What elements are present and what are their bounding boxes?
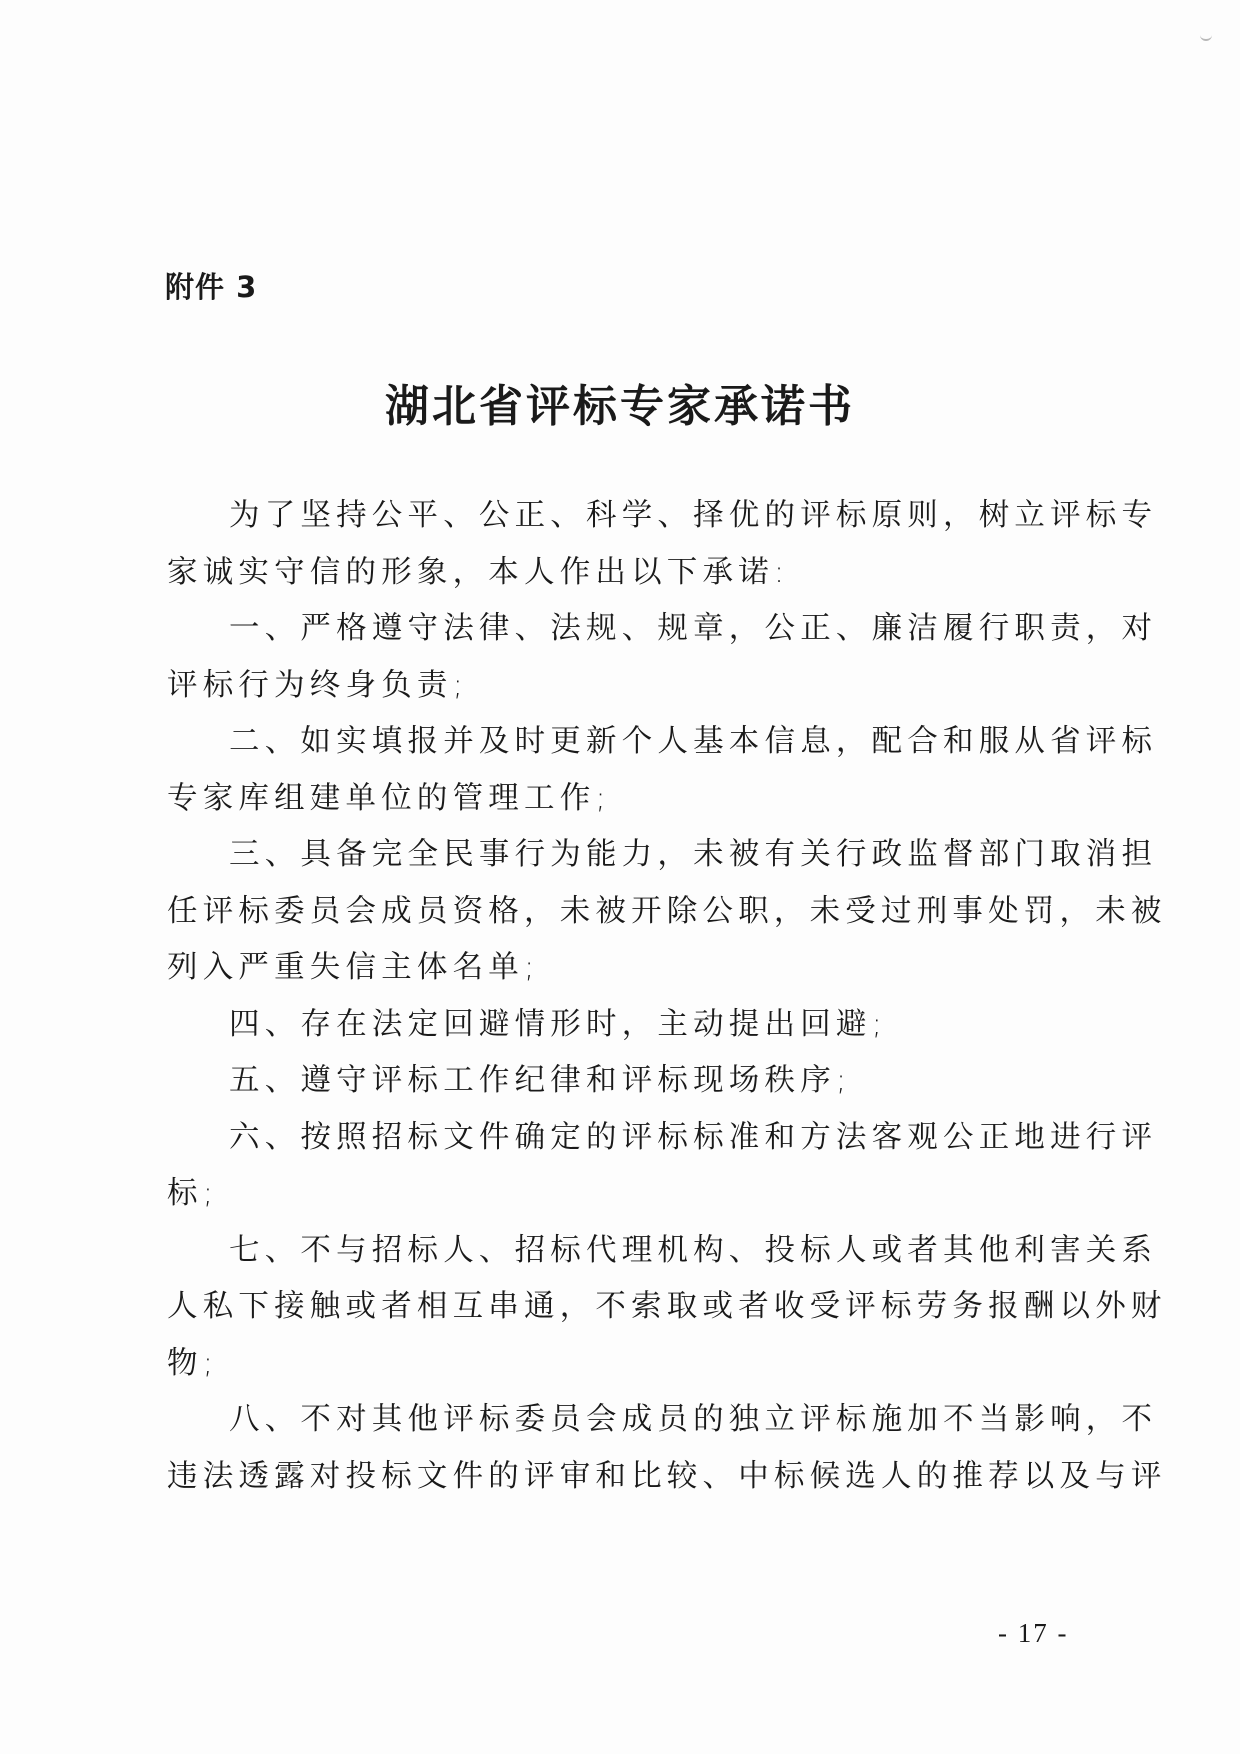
body-line: 四、存在法定回避情形时，主动提出回避;: [167, 997, 1087, 1054]
body-line: 七、不与招标人、招标代理机构、投标人或者其他利害关系: [167, 1223, 1087, 1280]
body-line: 人私下接触或者相互串通，不索取或者收受评标劳务报酬以外财: [167, 1279, 1087, 1336]
body-line: 物;: [167, 1336, 1087, 1393]
body-line: 评标行为终身负责;: [167, 658, 1087, 715]
attachment-label: 附件 3: [165, 265, 257, 306]
page-number: - 17 -: [998, 1618, 1068, 1649]
body-line: 家诚实守信的形象，本人作出以下承诺:: [167, 545, 1087, 602]
document-body: 为了坚持公平、公正、科学、择优的评标原则，树立评标专 家诚实守信的形象，本人作出…: [167, 488, 1087, 1505]
body-line: 列入严重失信主体名单;: [167, 940, 1087, 997]
scan-artifact-mark: [1200, 34, 1212, 41]
document-title: 湖北省评标专家承诺书: [0, 370, 1240, 434]
body-line: 违法透露对投标文件的评审和比较、中标候选人的推荐以及与评: [167, 1449, 1087, 1506]
body-line: 八、不对其他评标委员会成员的独立评标施加不当影响，不: [167, 1392, 1087, 1449]
body-line: 五、遵守评标工作纪律和评标现场秩序;: [167, 1053, 1087, 1110]
body-line: 专家库组建单位的管理工作;: [167, 771, 1087, 828]
body-line: 标;: [167, 1166, 1087, 1223]
body-line: 三、具备完全民事行为能力，未被有关行政监督部门取消担: [167, 827, 1087, 884]
body-line: 六、按照招标文件确定的评标标准和方法客观公正地进行评: [167, 1110, 1087, 1167]
body-line: 二、如实填报并及时更新个人基本信息，配合和服从省评标: [167, 714, 1087, 771]
document-page: 附件 3 湖北省评标专家承诺书 为了坚持公平、公正、科学、择优的评标原则，树立评…: [0, 0, 1240, 1754]
body-line: 任评标委员会成员资格，未被开除公职，未受过刑事处罚，未被: [167, 884, 1087, 941]
body-line: 一、严格遵守法律、法规、规章，公正、廉洁履行职责，对: [167, 601, 1087, 658]
body-line: 为了坚持公平、公正、科学、择优的评标原则，树立评标专: [167, 488, 1087, 545]
